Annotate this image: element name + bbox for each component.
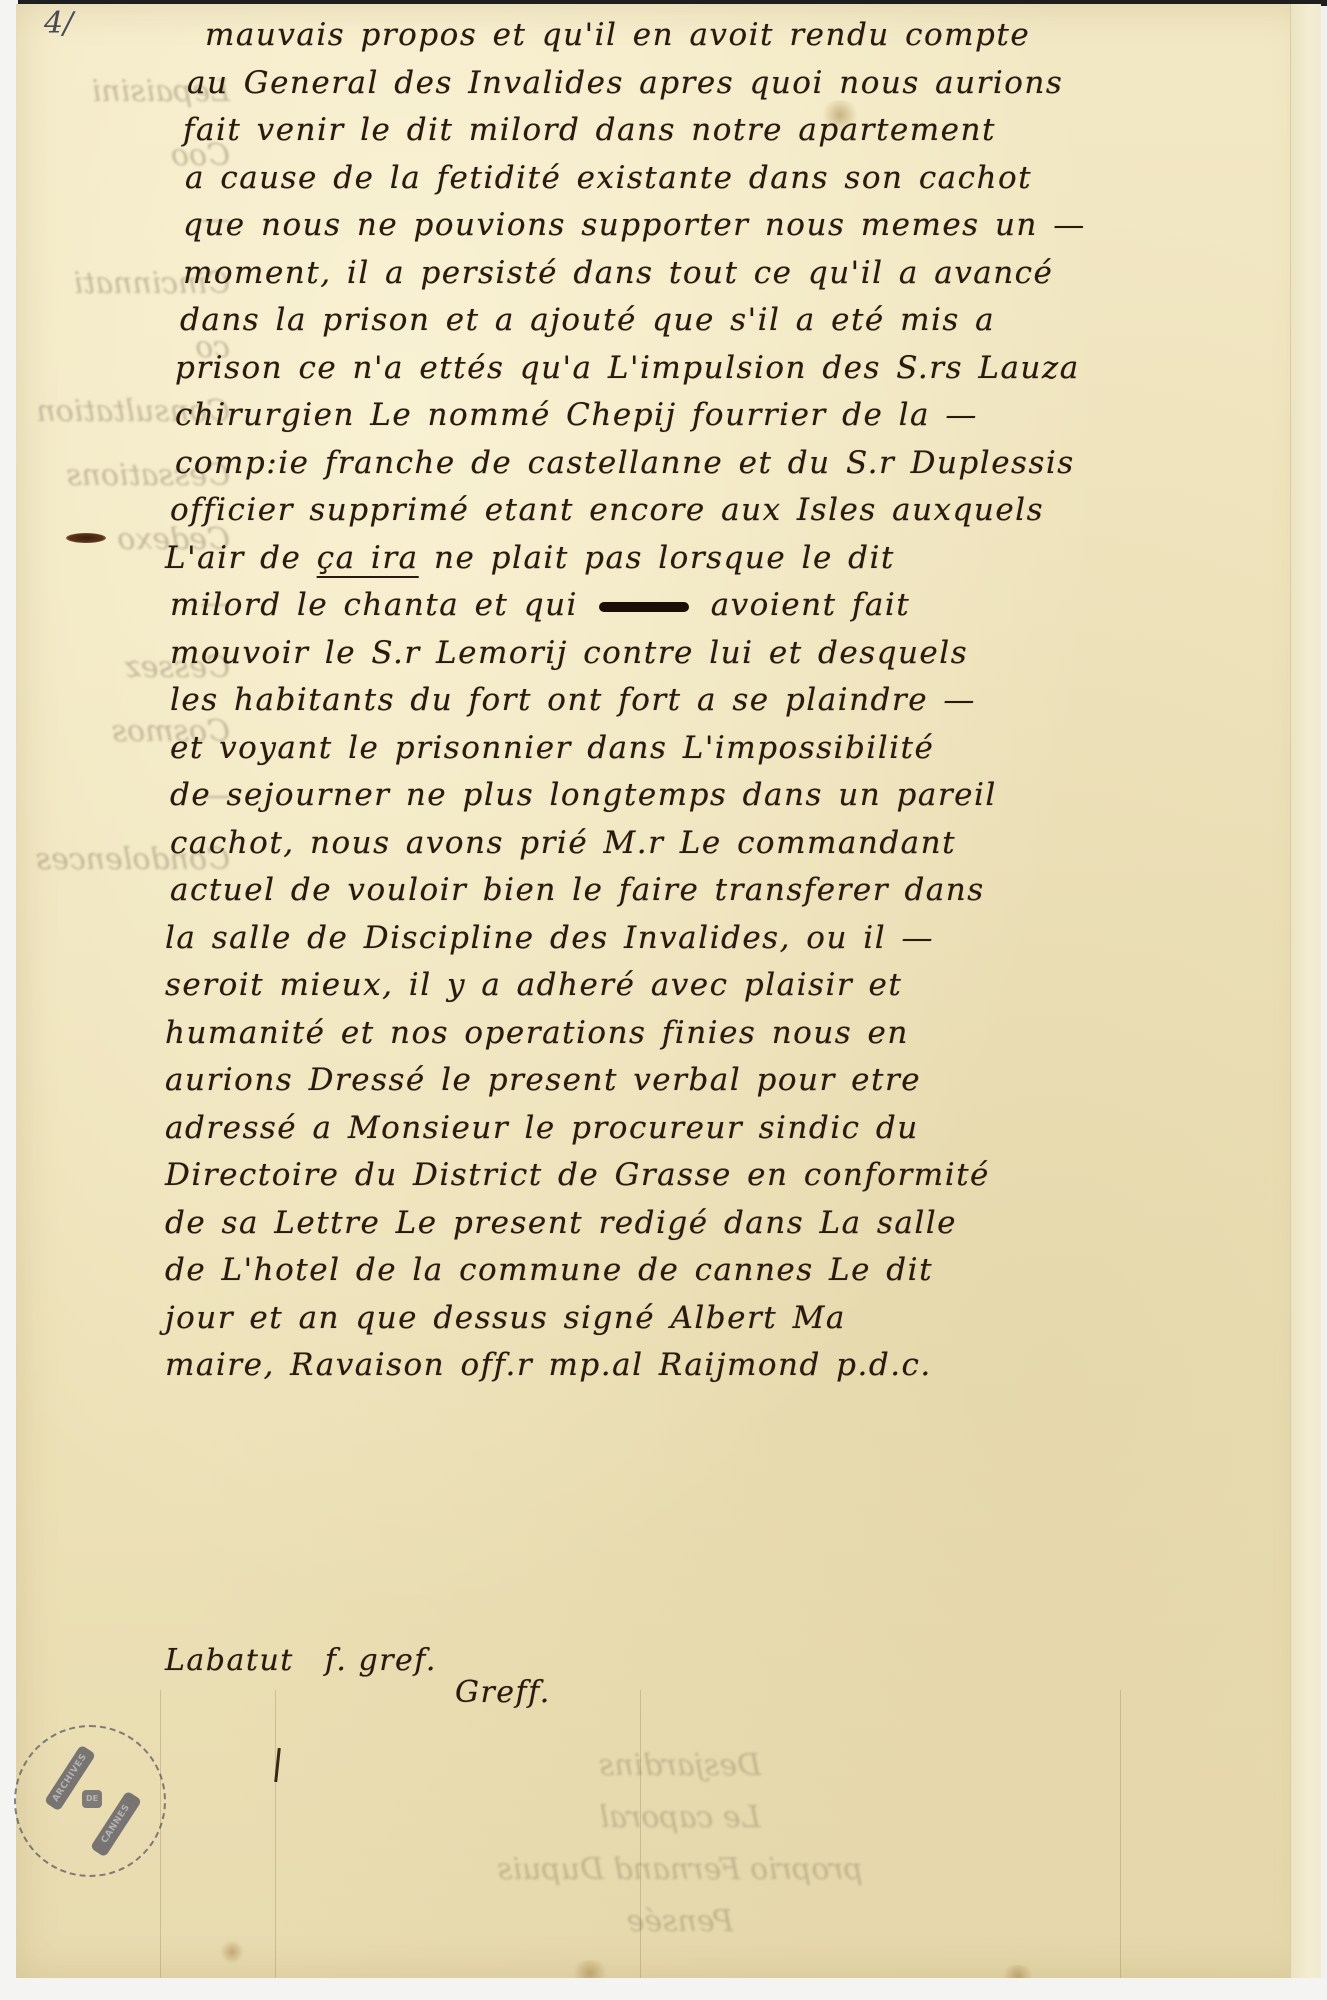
bleed-through-bottom: Desjardins Le caporal proprio Fernand Du… [230, 1740, 1130, 1948]
fold-crease [160, 1690, 161, 1980]
text-line: de sejourner ne plus longtemps dans un p… [165, 772, 1295, 820]
text-line: fait venir le dit milord dans notre apar… [165, 107, 1295, 155]
text-line: et voyant le prisonnier dans L'impossibi… [165, 725, 1295, 773]
struck-out-word [599, 602, 689, 612]
text-line: que nous ne pouvions supporter nous meme… [165, 202, 1295, 250]
text-line: a cause de la fetidité existante dans so… [165, 155, 1295, 203]
text-segment: ne plait pas lorsque le dit [434, 540, 895, 576]
page-number: 4/ [44, 6, 73, 41]
bleed-fragment: Pensée [230, 1896, 1130, 1948]
text-segment: L'air de [165, 540, 301, 576]
text-line: seroit mieux, il y a adheré avec plaisir… [165, 962, 1295, 1010]
signature-name: Labatut [165, 1643, 294, 1678]
text-line: de L'hotel de la commune de cannes Le di… [165, 1247, 1295, 1295]
text-line: de sa Lettre Le present redigé dans La s… [165, 1200, 1295, 1248]
text-line: jour et an que dessus signé Albert Ma [165, 1295, 1295, 1343]
text-line: officier supprimé etant encore aux Isles… [165, 487, 1295, 535]
text-line: L'air de ça ira ne plait pas lorsque le … [165, 535, 1295, 583]
text-line: moment, il a persisté dans tout ce qu'il… [165, 250, 1295, 298]
ink-blot [66, 533, 106, 543]
text-line: actuel de vouloir bien le faire transfer… [165, 867, 1295, 915]
signature-title: f. gref. [325, 1643, 437, 1678]
scanner-bottom-edge [0, 1978, 1327, 2000]
text-line: maire, Ravaison off.r mp.al Raijmond p.d… [165, 1342, 1295, 1390]
bleed-fragment: Desjardins [230, 1740, 1130, 1792]
text-line: la salle de Discipline des Invalides, ou… [165, 915, 1295, 963]
signature-block: Labatut f. gref. Greff. [165, 1638, 1295, 1716]
text-line: au General des Invalides apres quoi nous… [165, 60, 1295, 108]
text-line: dans la prison et a ajouté que s'il a et… [165, 297, 1295, 345]
text-line: adressé a Monsieur le procureur sindic d… [165, 1105, 1295, 1153]
underlined-song-title: ça ira [317, 540, 419, 576]
text-line: prison ce n'a ettés qu'a L'impulsion des… [165, 345, 1295, 393]
manuscript-body: mauvais propos et qu'il en avoit rendu c… [165, 12, 1295, 1390]
text-segment: avoient fait [711, 587, 911, 623]
archive-stamp: ARCHIVES DE CANNES [14, 1725, 166, 1877]
text-line: Directoire du District de Grasse en conf… [165, 1152, 1295, 1200]
stamp-text-middle: DE [82, 1790, 102, 1808]
bleed-fragment: proprio Fernand Dupuis [230, 1844, 1130, 1896]
text-line: humanité et nos operations finies nous e… [165, 1010, 1295, 1058]
text-line: mauvais propos et qu'il en avoit rendu c… [165, 12, 1295, 60]
text-segment: milord le chanta et qui [170, 587, 578, 623]
text-line: comp:ie franche de castellanne et du S.r… [165, 440, 1295, 488]
text-line: cachot, nous avons prié M.r Le commandan… [165, 820, 1295, 868]
text-line: aurions Dressé le present verbal pour et… [165, 1057, 1295, 1105]
bleed-fragment: Le caporal [230, 1792, 1130, 1844]
text-line: les habitants du fort ont fort a se plai… [165, 677, 1295, 725]
text-line: chirurgien Le nommé Chepij fourrier de l… [165, 392, 1295, 440]
text-line: milord le chanta et qui avoient fait [165, 582, 1295, 630]
text-line: mouvoir le S.r Lemorij contre lui et des… [165, 630, 1295, 678]
